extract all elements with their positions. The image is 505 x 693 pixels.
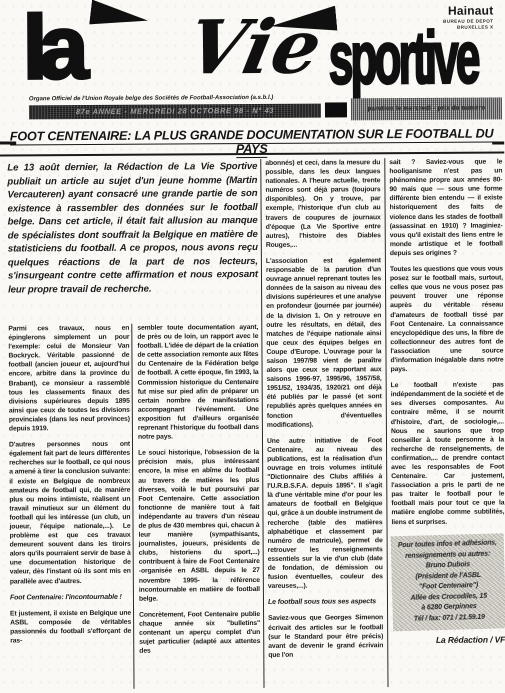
article-column-2: sembler toute documentation ayant, de pr… <box>137 323 260 663</box>
price-band: parution le mercredi - prix du numéro <box>351 97 502 120</box>
paragraph: Une autre initiative de Foot Centenaire,… <box>267 436 383 591</box>
pennant-flag-icon <box>89 0 150 31</box>
editorial-signature: La Rédaction / VF <box>392 635 505 645</box>
paragraph: Le souci historique, l'obsession de la p… <box>138 448 260 603</box>
paragraph: D'autres personnes nous ont également fa… <box>9 440 131 586</box>
intro-paragraph: Le 13 août dernier, la Rédaction de La V… <box>7 160 258 297</box>
official-organ-subtitle: Organe Officiel de l'Union Royale belge … <box>29 95 329 103</box>
column-divider <box>260 159 264 688</box>
article-column-1: Parmi ces travaux, nous en épinglerons s… <box>8 324 131 653</box>
paragraph: Et justement, il existe en Belgique une … <box>10 608 131 645</box>
contact-info-box: Pour toutes infos et adhésions, renseign… <box>391 533 505 631</box>
article-column-3: abonnés) et ceci, dans la mesure du poss… <box>265 158 383 667</box>
article-column-4: sait ? Saviez-vous que le hooliganisme n… <box>389 157 505 644</box>
masthead-word-sportive: sportive <box>328 19 477 98</box>
article-intro: Le 13 août dernier, la Rédaction de La V… <box>7 160 258 304</box>
paragraph: sembler toute documentation ayant, de pr… <box>137 323 259 442</box>
paragraph: Saviez-vous que Georges Simenon écrivait… <box>268 614 383 660</box>
paragraph: sait ? Saviez-vous que le hooliganisme n… <box>389 157 503 258</box>
masthead-word-vie: Vie <box>180 8 328 89</box>
paragraph: Le football n'existe pas indépendamment … <box>391 381 505 527</box>
paragraph: Concrètement, Foot Centenaire publie cha… <box>139 610 260 656</box>
column-divider <box>131 324 134 689</box>
paragraph: Parmi ces travaux, nous en épinglerons s… <box>8 324 130 434</box>
contact-line: Tél / fax: 071 / 21.59.19 <box>395 611 504 624</box>
subhead-foot-centenaire: Foot Centenaire: l'incontournable ! <box>10 592 131 602</box>
paragraph: Toutes les questions que vous vous posez… <box>390 265 504 375</box>
masthead-word-la: la <box>22 3 80 93</box>
column-divider <box>384 158 388 687</box>
paragraph: L'association est également responsable … <box>266 256 382 429</box>
subhead-football-aspects: Le football sous tous ses aspects <box>268 598 383 608</box>
band-separator-block <box>325 102 347 117</box>
issue-date-band: 87e ANNEE - MERCREDI 28 OCTOBRE 98 - N° … <box>29 104 321 120</box>
newspaper-page: Hainaut BUREAU DE DEPOT BRUXELLES X la V… <box>0 0 505 693</box>
paragraph: abonnés) et ceci, dans la mesure du poss… <box>265 158 381 250</box>
